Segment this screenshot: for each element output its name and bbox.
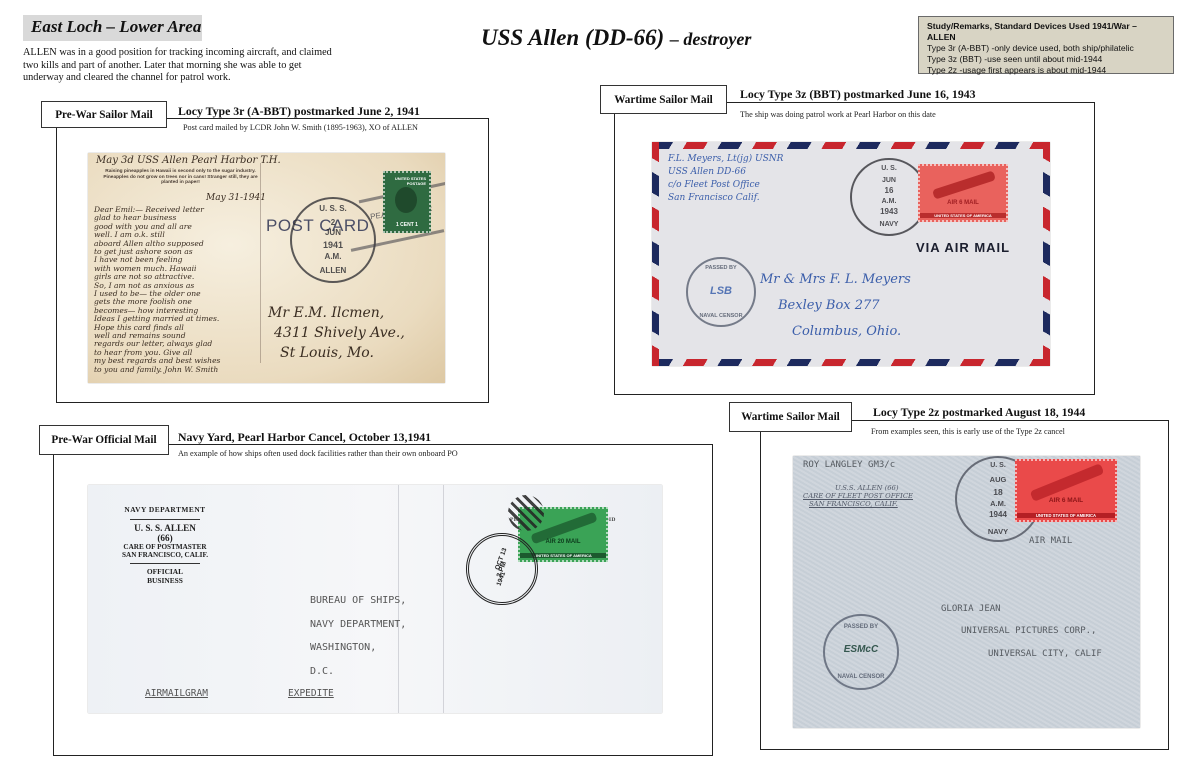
- postmark-navy-1943: U. S. JUN 16 A.M. 1943 NAVY: [850, 158, 928, 236]
- postcard-address-line: St Louis, Mo.: [280, 345, 374, 361]
- airplane-icon: [932, 170, 996, 199]
- address-line: Columbus, Ohio.: [792, 324, 901, 339]
- airmail-border: [652, 142, 1050, 149]
- airmail-border: [652, 359, 1050, 366]
- stamp-6-cent-airmail: AIR 6 MAIL UNITED STATES OF AMERICA: [918, 164, 1008, 222]
- envelope-fold: [443, 485, 444, 713]
- postcard-address-line: 4311 Shively Ave.,: [274, 325, 405, 341]
- address-line: D.C.: [310, 666, 334, 677]
- naval-censor-stamp: PASSED BY LSB NAVAL CENSOR: [686, 257, 756, 327]
- duplex-killer-bars: [508, 495, 544, 531]
- panel-prewar-sailor-tab: Pre-War Sailor Mail: [41, 101, 167, 128]
- postcard-divider: [260, 163, 261, 363]
- address-line: BUREAU OF SHIPS,: [310, 595, 406, 606]
- panel-wartime-1943-tab: Wartime Sailor Mail: [600, 85, 727, 114]
- intro-paragraph: ALLEN was in a good position for trackin…: [23, 47, 343, 85]
- address-line: NAVY DEPARTMENT,: [310, 619, 406, 630]
- postcard-1941: May 3d USS Allen Pearl Harbor T.H. Raisi…: [88, 153, 445, 383]
- remarks-line: Type 3z (BBT) -use seen until about mid-…: [927, 54, 1165, 65]
- postcard-printed-text: Raising pineapples in Hawaii is second o…: [103, 169, 258, 186]
- washington-portrait-icon: [395, 187, 417, 213]
- panel-prewar-official-caption: An example of how ships often used dock …: [178, 449, 458, 458]
- return-address-line: c/o Fleet Post Office: [668, 180, 760, 190]
- corner-card-navy-department: NAVY DEPARTMENT U. S. S. ALLEN (66) CARE…: [110, 505, 220, 585]
- air-mail-label: AIR MAIL: [1029, 536, 1072, 546]
- postcard-address-line: Mr E.M. Ilcmen,: [268, 305, 384, 321]
- panel-prewar-sailor-title: Locy Type 3r (A-BBT) postmarked June 2, …: [178, 104, 420, 119]
- address-line: GLORIA JEAN: [941, 604, 1001, 614]
- location-tag: East Loch – Lower Area: [23, 15, 202, 41]
- page-title-suffix: – destroyer: [670, 29, 751, 49]
- endorsement-airmailgram: AIRMAILGRAM: [145, 688, 208, 699]
- panel-prewar-official-tab: Pre-War Official Mail: [39, 425, 169, 455]
- postcard-header-handwriting: May 3d USS Allen Pearl Harbor T.H.: [96, 155, 281, 166]
- panel-wartime-1943-caption: The ship was doing patrol work at Pearl …: [740, 110, 936, 119]
- return-address-line: F.L. Meyers, Lt(jg) USNR: [668, 154, 783, 164]
- airmail-border: [1043, 142, 1050, 366]
- return-address-line: San Francisco Calif.: [668, 193, 760, 203]
- stamp-1-cent-washington: UNITED STATES POSTAGE 1 CENT 1: [383, 171, 431, 233]
- airmail-border: [652, 142, 659, 366]
- postmark-honolulu-pearl-harbor: OCT 13 3 PM 1941: [466, 533, 538, 605]
- via-air-mail-label: VIA AIR MAIL: [916, 240, 1010, 255]
- return-address-line: USS Allen DD-66: [668, 167, 746, 177]
- official-cover-1941: NAVY DEPARTMENT U. S. S. ALLEN (66) CARE…: [88, 485, 662, 713]
- address-line: WASHINGTON,: [310, 642, 376, 653]
- address-line: Mr & Mrs F. L. Meyers: [760, 272, 911, 287]
- panel-prewar-official-title: Navy Yard, Pearl Harbor Cancel, October …: [178, 430, 431, 445]
- sender-name: ROY LANGLEY GM3/c: [803, 460, 895, 470]
- return-address-line: SAN FRANCISCO, CALIF.: [809, 501, 898, 508]
- page-title-main: USS Allen (DD-66): [481, 25, 664, 50]
- cover-1944: ROY LANGLEY GM3/c U.S.S. ALLEN (66) CARE…: [793, 456, 1140, 728]
- remarks-heading: Study/Remarks, Standard Devices Used 194…: [927, 21, 1165, 43]
- address-line: UNIVERSAL CITY, CALIF: [988, 649, 1102, 659]
- postcard-date-handwriting: May 31-1941: [206, 193, 266, 203]
- postcard-message-line: to you and family. John W. Smith: [94, 365, 218, 374]
- naval-censor-stamp: PASSED BY ESMcC NAVAL CENSOR: [823, 614, 899, 690]
- remarks-line: Type 3r (A-BBT) -only device used, both …: [927, 43, 1165, 54]
- panel-wartime-1944-tab: Wartime Sailor Mail: [729, 402, 852, 432]
- address-line: Bexley Box 277: [778, 298, 880, 313]
- panel-wartime-1944-caption: From examples seen, this is early use of…: [871, 427, 1065, 436]
- airmail-cover-1943: F.L. Meyers, Lt(jg) USNR USS Allen DD-66…: [652, 142, 1050, 366]
- panel-prewar-sailor-caption: Post card mailed by LCDR John W. Smith (…: [183, 123, 418, 132]
- postmark-uss-allen-1941: U. S. S. 2 JUN 1941 A.M. ALLEN: [290, 197, 376, 283]
- address-line: UNIVERSAL PICTURES CORP.,: [961, 626, 1096, 636]
- page-title: USS Allen (DD-66) – destroyer: [481, 25, 751, 51]
- panel-wartime-1944-title: Locy Type 2z postmarked August 18, 1944: [873, 405, 1085, 420]
- remarks-box: Study/Remarks, Standard Devices Used 194…: [918, 16, 1174, 74]
- stamp-6-cent-airmail: AIR 6 MAIL UNITED STATES OF AMERICA: [1015, 459, 1117, 522]
- panel-wartime-1943-title: Locy Type 3z (BBT) postmarked June 16, 1…: [740, 87, 976, 102]
- location-tag-text: East Loch – Lower Area: [31, 17, 201, 37]
- endorsement-expedite: EXPEDITE: [288, 688, 334, 699]
- remarks-line: Type 2z -usage first appears is about mi…: [927, 65, 1165, 76]
